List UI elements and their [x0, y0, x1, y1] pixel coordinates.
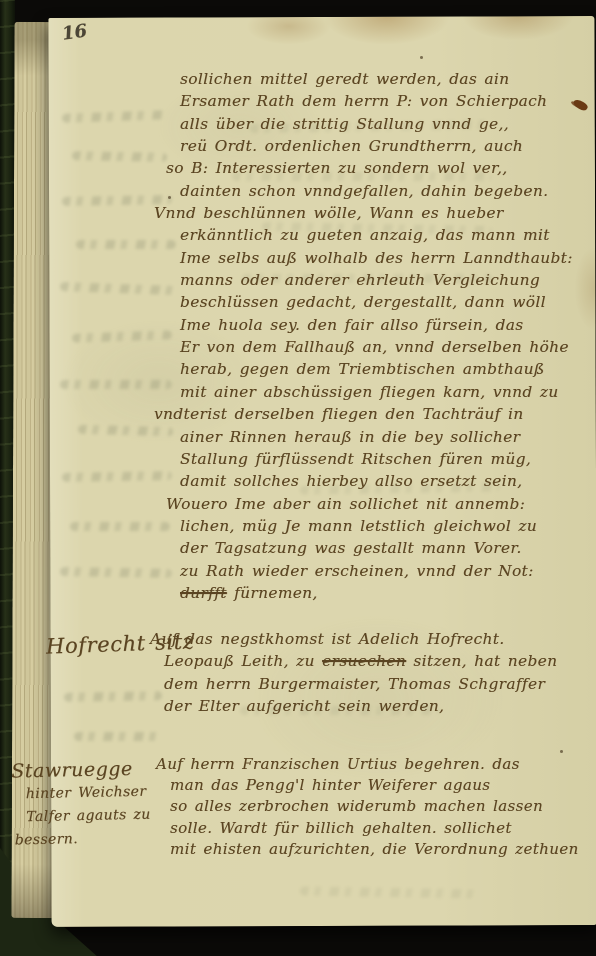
struck-word: ersuechen	[322, 652, 406, 670]
text-line: alls über die strittig Stallung vnnd ge,…	[180, 113, 573, 135]
text-line: Vnnd beschlünnen wölle, Wann es hueber	[154, 202, 573, 224]
text-line: zu Rath wieder erscheinen, vnnd der Not:	[180, 560, 573, 582]
margin-note-stawruegge: Stawruegge hinter Weichser Talfer agauts…	[11, 757, 151, 853]
text-line: dainten schon vnndgefallen, dahin begebe…	[180, 180, 573, 202]
text-line: Wouero Ime aber ain sollichet nit annemb…	[166, 493, 573, 515]
text-line: lichen, müg Je mann letstlich gleichwol …	[180, 515, 573, 537]
margin-line: bessern.	[15, 827, 152, 853]
ink-speck	[420, 56, 423, 59]
text-line: erkänntlich zu gueten anzaig, das mann m…	[180, 224, 573, 246]
text-line: so alles zerbrochen widerumb machen lass…	[170, 796, 579, 817]
text-line: Stallung fürflüssendt Ritschen füren müg…	[180, 448, 573, 470]
text-line: Ime huola sey. den fair allso fürsein, d…	[180, 314, 573, 336]
paragraph-3: Auf herrn Franzischen Urtius begehren. d…	[170, 754, 579, 860]
text-span: sitzen, hat neben	[406, 652, 557, 670]
text-line: Er von dem Fallhauß an, vnnd derselben h…	[180, 336, 573, 358]
text-line: manns oder anderer ehrleuth Vergleichung	[180, 269, 573, 291]
text-line: Auf das negstkhomst ist Adelich Hofrecht…	[150, 628, 557, 650]
paragraph-2: Auf das negstkhomst ist Adelich Hofrecht…	[164, 628, 557, 718]
text-line: solle. Wardt für billich gehalten. solli…	[170, 818, 579, 839]
text-line: so B: Interessierten zu sondern wol ver,…	[166, 157, 573, 179]
folio-number: 16	[61, 20, 89, 44]
text-line-rest: fürnemen,	[227, 584, 318, 602]
text-line: Leopauß Leith, zu ersuechen sitzen, hat …	[164, 650, 557, 672]
text-line: der Elter aufgericht sein werden,	[164, 695, 557, 717]
text-line: herab, gegen dem Triembtischen ambthauß	[180, 358, 573, 380]
manuscript-scan: 16 sollichen mittel geredt werden, das a…	[0, 0, 596, 956]
struck-word: durfft	[180, 584, 227, 602]
margin-line: Talfer agauts zu	[26, 804, 151, 830]
text-line: vndterist derselben fliegen den Tachträu…	[154, 403, 573, 425]
text-line: Auf herrn Franzischen Urtius begehren. d…	[156, 754, 579, 775]
text-span: Leopauß Leith, zu	[164, 652, 322, 670]
text-line: der Tagsatzung was gestallt mann Vorer.	[180, 537, 573, 559]
text-line: Ime selbs auß wolhalb des herrn Lanndtha…	[180, 247, 573, 269]
text-line: damit sollches hierbey allso ersetzt sei…	[180, 470, 573, 492]
text-line: reü Ordt. ordenlichen Grundtherrn, auch	[180, 135, 573, 157]
text-line: ainer Rinnen herauß in die bey sollicher	[180, 426, 573, 448]
ink-speck	[560, 750, 563, 753]
text-line: man das Pengg'l hinter Weiferer agaus	[170, 775, 579, 796]
ink-speck	[168, 196, 171, 199]
text-line: dem herrn Burgermaister, Thomas Schgraff…	[164, 673, 557, 695]
text-line: sollichen mittel geredt werden, das ain	[180, 68, 573, 90]
text-line: mit ainer abschüssigen fliegen karn, vnn…	[180, 381, 573, 403]
text-line: mit ehisten aufzurichten, die Verordnung…	[170, 839, 579, 860]
text-line: beschlüssen gedacht, dergestallt, dann w…	[180, 291, 573, 313]
text-line: Ersamer Rath dem herrn P: von Schierpach	[180, 90, 573, 112]
text-line: durfft fürnemen,	[180, 582, 573, 604]
margin-line: hinter Weichser	[26, 781, 151, 807]
margin-line: Stawruegge	[11, 757, 150, 784]
main-paragraph: sollichen mittel geredt werden, das ain …	[180, 68, 573, 604]
